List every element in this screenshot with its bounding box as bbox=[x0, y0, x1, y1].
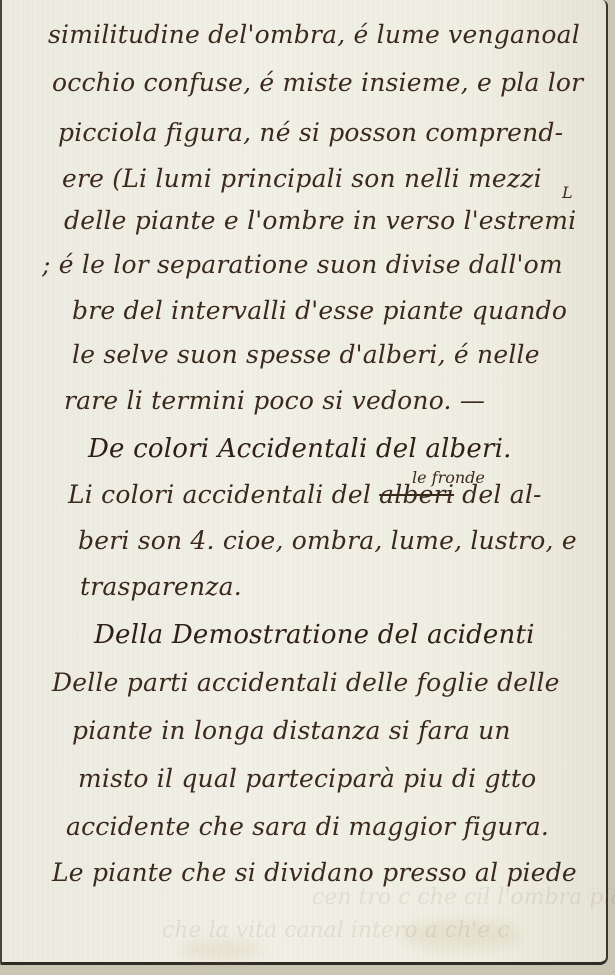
manuscript-line: trasparenza. bbox=[80, 572, 242, 601]
manuscript-line: Delle parti accidentali delle foglie del… bbox=[52, 668, 560, 697]
bleed-through-text: cen tro c che cil l'ombra pia bbox=[312, 885, 615, 910]
manuscript-line: ere (Li lumi principali son nelli mezzi bbox=[62, 164, 542, 193]
manuscript-line: occhio confuse, é miste insieme, e pla l… bbox=[52, 68, 583, 97]
manuscript-line: accidente che sara di maggior figura. bbox=[66, 812, 549, 841]
manuscript-line: ; é le lor separatione suon divise dall'… bbox=[42, 250, 563, 279]
manuscript-line: piante in longa distanza si fara un bbox=[72, 716, 511, 745]
manuscript-line: delle piante e l'ombre in verso l'estrem… bbox=[64, 206, 576, 235]
manuscript-line: misto il qual parteciparà piu di gtto bbox=[78, 764, 536, 793]
manuscript-line: bre del intervalli d'esse piante quando bbox=[72, 296, 567, 325]
manuscript-line: Li colori accidentali del alberi del al- bbox=[68, 480, 542, 509]
manuscript-line: le selve suon spesse d'alberi, é nelle bbox=[72, 340, 540, 369]
section-heading: Della Demostratione del acidenti bbox=[94, 620, 535, 650]
marginal-mark: L bbox=[562, 183, 573, 202]
bleed-through-text: che la vita canal intero a ch'e c bbox=[162, 918, 510, 943]
section-heading: De colori Accidentali del alberi. bbox=[88, 434, 512, 464]
manuscript-line: beri son 4. cioe, ombra, lume, lustro, e bbox=[78, 526, 577, 555]
manuscript-line: similitudine del'ombra, é lume venganoal bbox=[48, 20, 580, 49]
struck-word: alberi bbox=[379, 480, 454, 509]
paper-stain bbox=[182, 940, 262, 960]
line-text: del al- bbox=[454, 480, 542, 509]
manuscript-line: rare li termini poco si vedono. — bbox=[64, 386, 485, 415]
manuscript-line: picciola figura, né si posson comprend- bbox=[58, 118, 563, 147]
manuscript-line: Le piante che si dividano presso al pied… bbox=[52, 858, 577, 887]
line-text: Li colori accidentali del bbox=[68, 480, 379, 509]
manuscript-page: cen tro c che cil l'ombra pia che la vit… bbox=[0, 0, 608, 965]
